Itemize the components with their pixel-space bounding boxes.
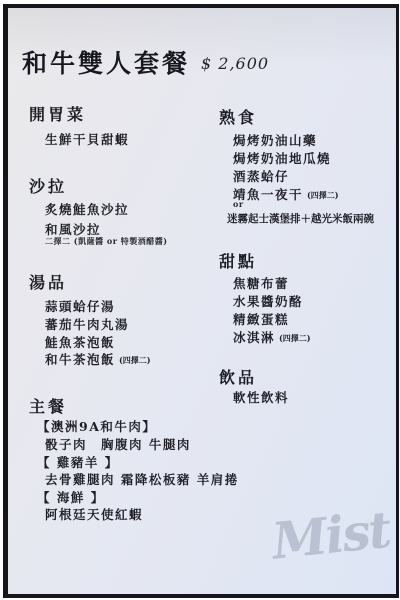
section-heading-dessert: 甜點 <box>219 249 257 272</box>
section-heading-soup: 湯品 <box>29 270 67 293</box>
section-heading-drinks: 飲品 <box>219 365 257 388</box>
dessert-choice-note: (四擇二) <box>279 333 311 343</box>
menu-item-cooked-5: 迷霧起士漢堡排＋越光米飯兩碗 <box>227 211 374 226</box>
menu-item-soup-4: 和牛茶泡飯(四擇二) <box>45 350 151 368</box>
main-group-beef-items: 骰子肉 胸腹肉 牛腿肉 <box>45 435 191 453</box>
main-group-seafood-items: 阿根廷天使紅蝦 <box>45 505 143 523</box>
menu-item-dessert-4: 冰淇淋(四擇二) <box>233 328 311 346</box>
menu-item-dessert-2: 水果醬奶酪 <box>233 292 303 310</box>
set-price: $ 2,600 <box>201 54 269 73</box>
menu-item-dessert-3: 精緻蛋糕 <box>233 310 289 328</box>
page-title: 和牛雙人套餐 <box>22 44 190 80</box>
menu-item-cooked-1: 焗烤奶油山藥 <box>233 131 317 149</box>
menu-item-soup-4-text: 和牛茶泡飯 <box>45 352 115 367</box>
menu-item-soup-2: 蕃茄牛肉丸湯 <box>45 315 129 333</box>
menu-item-cooked-3: 酒蒸蛤仔 <box>233 167 289 185</box>
menu-item-salad-1: 炙燒鮭魚沙拉 <box>45 200 129 218</box>
main-group-seafood: 【 海鮮 】 <box>37 488 105 506</box>
soup-choice-note: (四擇二) <box>119 355 151 365</box>
section-heading-appetizer: 開胃菜 <box>29 102 86 125</box>
section-heading-cooked: 熟食 <box>219 105 257 128</box>
cooked-choice-note: (四擇二) <box>307 190 339 200</box>
menu-content: 和牛雙人套餐 $ 2,600 開胃菜 生鮮干貝甜蝦 沙拉 炙燒鮭魚沙拉 和風沙拉… <box>0 0 400 600</box>
main-group-beef: 【澳洲9A和牛肉】 <box>37 417 156 435</box>
main-group-meat: 【 雞豬羊 】 <box>37 453 119 471</box>
menu-item-dessert-4-text: 冰淇淋 <box>233 330 275 345</box>
or-label: or <box>233 199 244 209</box>
salad-choice-note: 二擇二 (凱薩醬 or 特製酒醋醬) <box>45 236 167 247</box>
menu-item-soup-3: 鮭魚茶泡飯 <box>45 333 115 351</box>
menu-item-dessert-1: 焦糖布蕾 <box>233 274 289 292</box>
main-group-meat-items: 去骨雞腿肉 霜降松板豬 羊肩捲 <box>45 470 239 488</box>
menu-item-drinks-1: 軟性飲料 <box>233 388 289 406</box>
menu-item-appetizer-1: 生鮮干貝甜蝦 <box>45 130 129 148</box>
menu-item-soup-1: 蒜頭蛤仔湯 <box>45 297 115 315</box>
section-heading-salad: 沙拉 <box>29 174 67 197</box>
section-heading-main: 主餐 <box>29 394 67 417</box>
menu-item-cooked-2: 焗烤奶油地瓜燒 <box>233 149 331 167</box>
watermark-logo: Mist <box>269 498 400 570</box>
menu-item-cooked-4: 靖魚一夜干(四擇二) <box>233 185 339 203</box>
